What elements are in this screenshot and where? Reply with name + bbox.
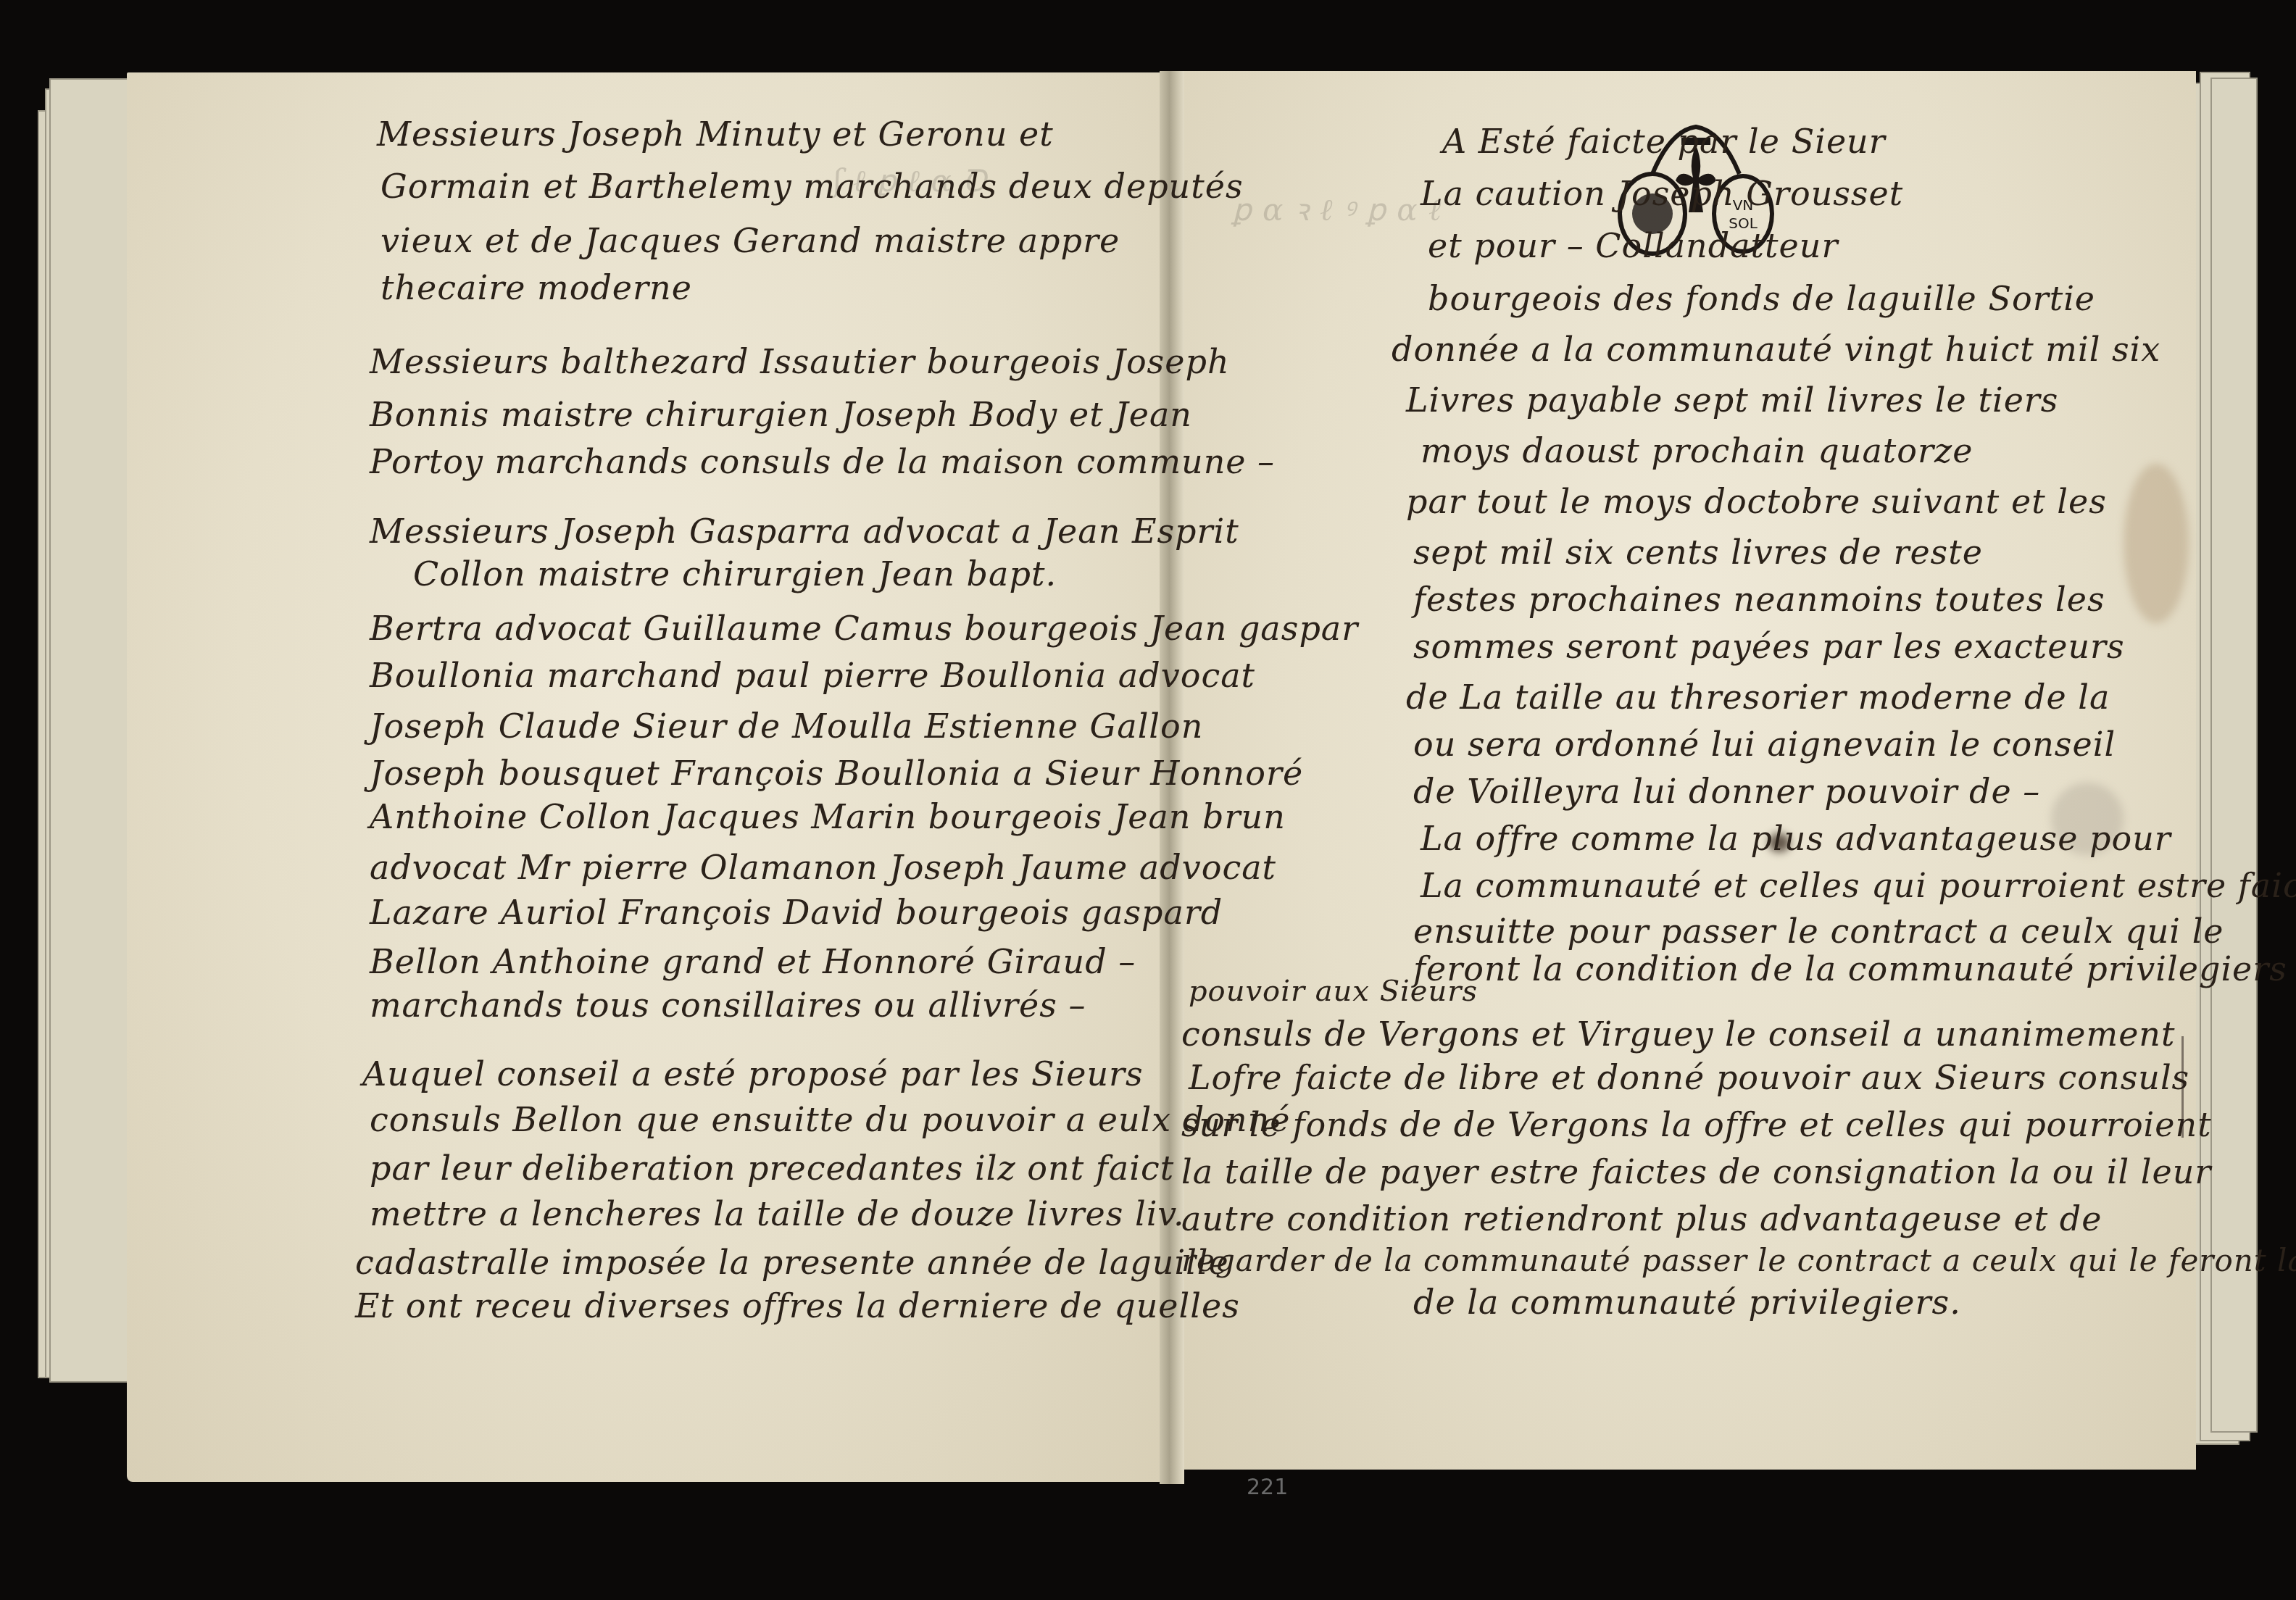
text-line: advocat Mr pierre Olamanon Joseph Jaume …	[370, 848, 1276, 887]
text-line: de La taille au thresorier moderne de la	[1406, 678, 2110, 717]
text-line: festes prochaines neanmoins toutes les	[1413, 580, 2105, 619]
text-line: Lofre faicte de libre et donné pouvoir a…	[1189, 1058, 2189, 1097]
text-line: par leur deliberation precedantes ilz on…	[370, 1149, 1174, 1188]
right-page-stack-3	[2210, 78, 2258, 1433]
folio-number: 221	[1247, 1475, 1288, 1500]
text-line: Messieurs balthezard Issautier bourgeois…	[370, 342, 1230, 381]
text-line: par tout le moys doctobre suivant et les	[1406, 482, 2107, 521]
text-line: Joseph Claude Sieur de Moulla Estienne G…	[370, 707, 1203, 746]
text-line: feront la condition de la communauté pri…	[1413, 949, 2287, 988]
text-line: sur le fonds de de Vergons la offre et c…	[1181, 1105, 2212, 1144]
text-line: autre condition retiendront plus advanta…	[1181, 1199, 2102, 1238]
text-line: regarder de la communauté passer le cont…	[1181, 1243, 2296, 1278]
text-line: bourgeois des fonds de laguille Sortie	[1428, 279, 2095, 318]
text-line: marchands tous consillaires ou allivrés …	[370, 986, 1086, 1025]
text-line: consuls Bellon que ensuitte du pouvoir a…	[370, 1100, 1290, 1139]
text-line: thecaire moderne	[380, 268, 692, 307]
text-line: moys daoust prochain quatorze	[1421, 431, 1973, 470]
text-line: Bellon Anthoine grand et Honnoré Giraud …	[370, 942, 1136, 981]
text-line: ensuitte pour passer le contract a ceulx…	[1413, 912, 2224, 951]
text-line: de la communauté privilegiers.	[1413, 1283, 1961, 1322]
text-line: la taille de payer estre faictes de cons…	[1181, 1152, 2211, 1191]
text-line: Lazare Auriol François David bourgeois g…	[370, 893, 1223, 932]
text-line: La caution Joseph Grousset	[1421, 174, 1903, 213]
text-line: donnée a la communauté vingt huict mil s…	[1392, 330, 2160, 369]
text-line: Messieurs Joseph Minuty et Geronu et	[377, 114, 1054, 154]
text-line: Auquel conseil a esté proposé par les Si…	[362, 1054, 1144, 1093]
text-line: ou sera ordonné lui aignevain le conseil	[1413, 725, 2116, 764]
text-line: pouvoir aux Sieurs	[1189, 975, 1478, 1008]
text-line: Messieurs Joseph Gasparra advocat a Jean…	[370, 512, 1239, 551]
text-line: de Voilleyra lui donner pouvoir de –	[1413, 772, 2040, 811]
text-line: Gormain et Barthelemy marchands deux dep…	[380, 167, 1244, 206]
text-line: La offre comme la plus advantageuse pour	[1421, 819, 2171, 858]
text-line: A Esté faicte par le Sieur	[1442, 122, 1886, 161]
text-line: Joseph bousquet François Boullonia a Sie…	[370, 754, 1303, 793]
text-line: mettre a lencheres la taille de douze li…	[370, 1194, 1185, 1233]
left-page-stack-3	[49, 78, 129, 1383]
water-stain	[2124, 464, 2189, 623]
text-line: et pour – Collandatteur	[1428, 226, 1838, 265]
bleed-through-text: ꝑ ɑ ꝛ ℓ ꝰ ꝑ ɑ ℓ	[1232, 188, 1442, 230]
text-line: Collon maistre chirurgien Jean bapt.	[413, 554, 1057, 593]
text-line: sommes seront payées par les exacteurs	[1413, 627, 2125, 666]
text-line: sept mil six cents livres de reste	[1413, 533, 1983, 572]
text-line: Portoy marchands consuls de la maison co…	[370, 442, 1275, 481]
text-line: Et ont receu diverses offres la derniere…	[355, 1286, 1240, 1325]
text-line: Bonnis maistre chirurgien Joseph Body et…	[370, 395, 1192, 434]
text-line: Anthoine Collon Jacques Marin bourgeois …	[370, 797, 1286, 836]
text-line: Livres payable sept mil livres le tiers	[1406, 380, 2058, 420]
text-line: cadastralle imposée la presente année de…	[355, 1243, 1229, 1282]
margin-bracket-line	[2181, 1036, 2184, 1138]
text-line: Boullonia marchand paul pierre Boullonia…	[370, 656, 1255, 695]
text-line: vieux et de Jacques Gerand maistre appre	[380, 221, 1120, 260]
text-line: Bertra advocat Guillaume Camus bourgeois…	[370, 609, 1358, 648]
text-line: La communauté et celles qui pourroient e…	[1421, 866, 2296, 905]
text-line: consuls de Vergons et Virguey le conseil…	[1181, 1014, 2175, 1054]
